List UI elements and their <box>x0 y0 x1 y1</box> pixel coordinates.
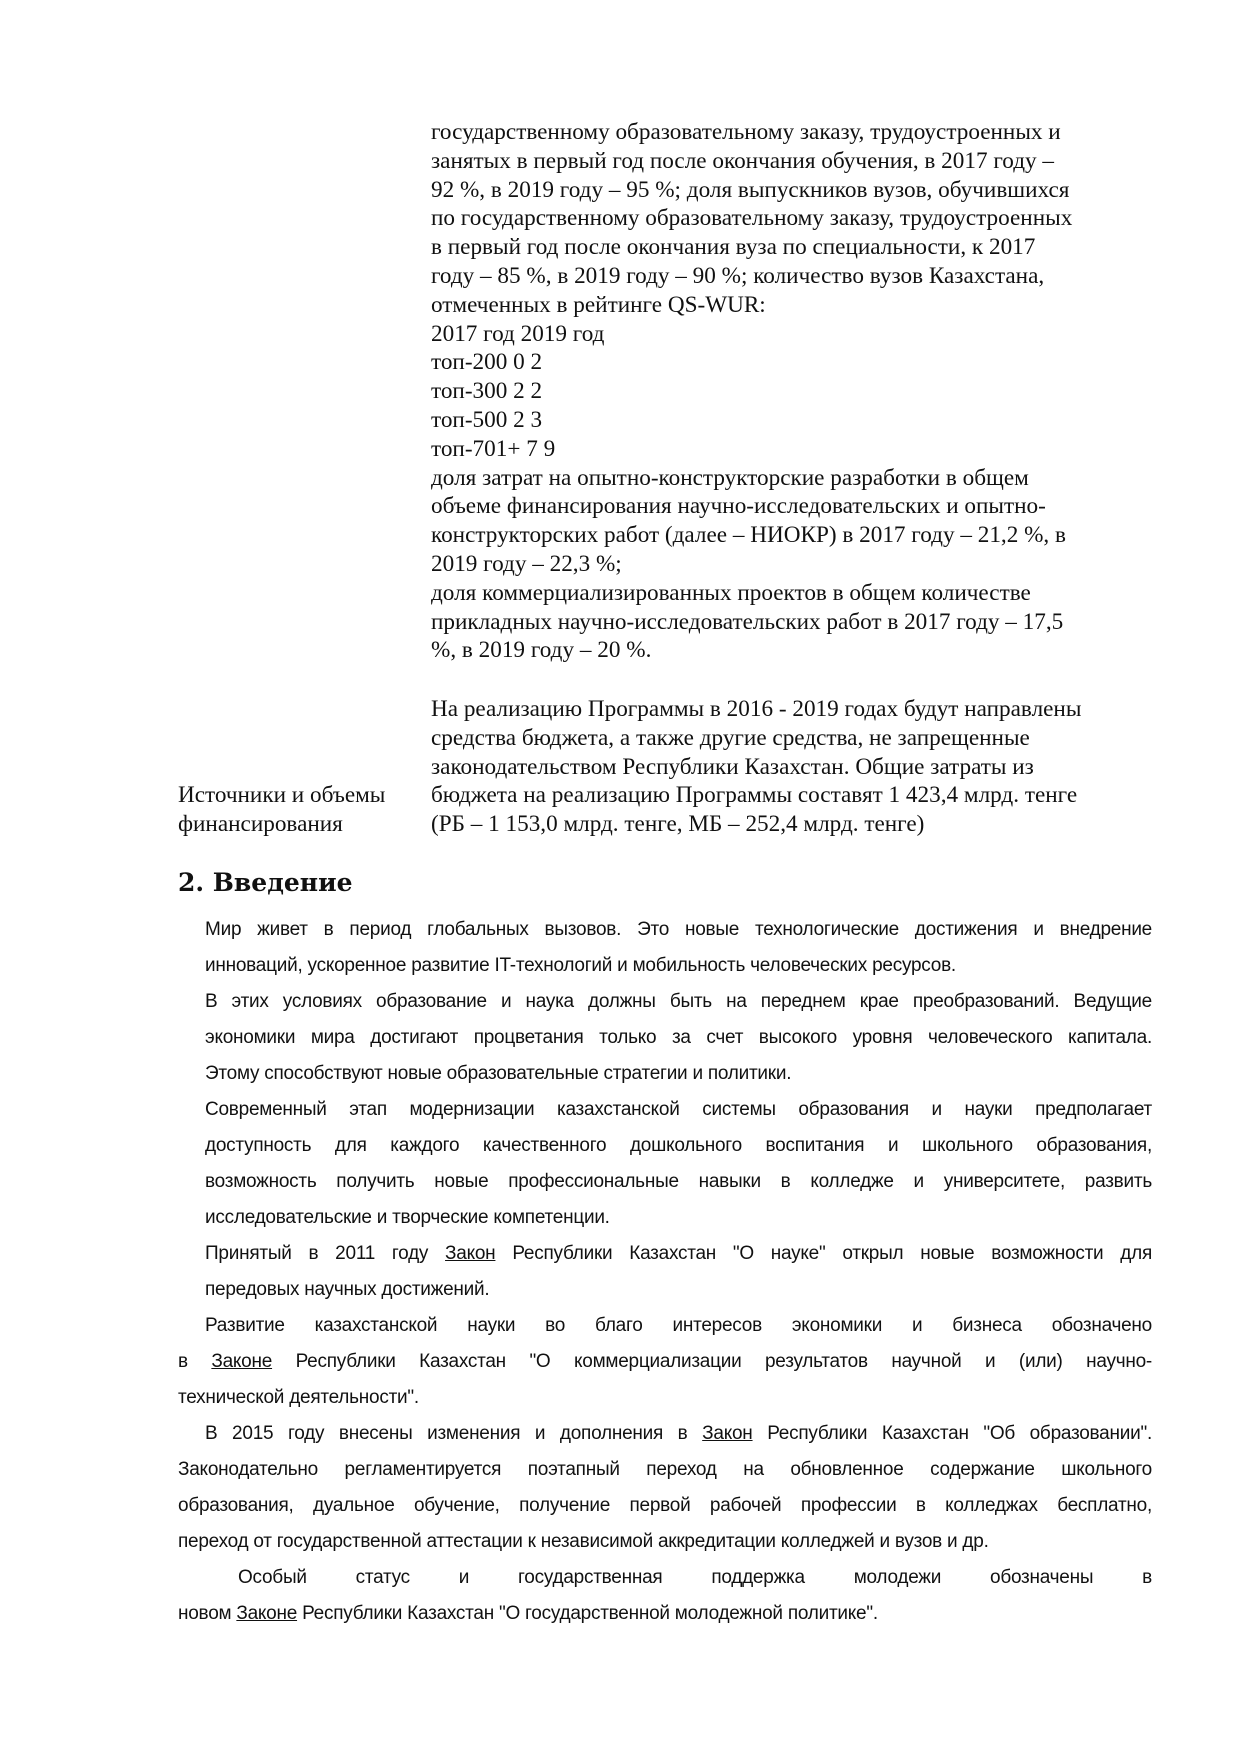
indicator-line: занятых в первый год после окончания обу… <box>431 147 1151 176</box>
text-run: новом <box>178 1603 236 1624</box>
paragraph-line: В этих условиях образование и наука долж… <box>178 984 1152 1020</box>
text-run: Республики Казахстан "О науке" открыл но… <box>495 1243 1152 1264</box>
funding-label-line: Источники и объемы <box>178 781 385 810</box>
paragraph-line: Развитие казахстанской науки во благо ин… <box>178 1308 1152 1344</box>
indicator-line: доля затрат на опытно-конструкторские ра… <box>431 464 1151 493</box>
indicator-line: конструкторских работ (далее – НИОКР) в … <box>431 521 1151 550</box>
paragraph-line: образования, дуальное обучение, получени… <box>178 1488 1152 1524</box>
indicator-line: объеме финансирования научно-исследовате… <box>431 492 1151 521</box>
qs-wur-row-top701: топ-701+ 7 9 <box>431 435 1151 464</box>
paragraph: В этих условиях образование и наука долж… <box>178 984 1152 1092</box>
paragraph-line: Особый статус и государственная поддержк… <box>178 1560 1152 1596</box>
text-run: в <box>178 1351 211 1372</box>
indicator-line: %, в 2019 году – 20 %. <box>431 636 1151 665</box>
text-run: Республики Казахстан "О государственной … <box>297 1603 878 1624</box>
section-title: 2. Введение <box>178 868 353 898</box>
paragraph-line: переход от государственной аттестации к … <box>178 1524 1152 1560</box>
paragraph-line: экономики мира достигают процветания тол… <box>178 1020 1152 1056</box>
indicator-line: доля коммерциализированных проектов в об… <box>431 579 1151 608</box>
paragraph-line: Этому способствуют новые образовательные… <box>178 1056 1152 1092</box>
indicator-line: прикладных научно-исследовательских рабо… <box>431 608 1151 637</box>
paragraph-line: инноваций, ускоренное развитие IT-технол… <box>178 948 1152 984</box>
qs-wur-row-top500: топ-500 2 3 <box>431 406 1151 435</box>
text-run: Принятый в 2011 году <box>205 1243 445 1264</box>
indicator-line: по государственному образовательному зак… <box>431 204 1151 233</box>
paragraph: Мир живет в период глобальных вызовов. Э… <box>178 912 1152 984</box>
paragraph-line: Принятый в 2011 году Закон Республики Ка… <box>178 1236 1152 1272</box>
funding-value-cell: На реализацию Программы в 2016 - 2019 го… <box>431 695 1151 839</box>
indicator-line: государственному образовательному заказу… <box>431 118 1151 147</box>
funding-line: законодательством Республики Казахстан. … <box>431 753 1151 782</box>
paragraph: Современный этап модернизации казахстанс… <box>178 1092 1152 1236</box>
qs-wur-header: 2017 год 2019 год <box>431 320 1151 349</box>
paragraph-line: возможность получить новые профессиональ… <box>178 1164 1152 1200</box>
law-link-youth-policy[interactable]: Законе <box>236 1603 297 1624</box>
introduction-body: Мир живет в период глобальных вызовов. Э… <box>178 912 1152 1632</box>
paragraph: Принятый в 2011 году Закон Республики Ка… <box>178 1236 1152 1308</box>
indicator-line: отмеченных в рейтинге QS-WUR: <box>431 291 1151 320</box>
indicator-line: в первый год после окончания вуза по спе… <box>431 233 1151 262</box>
indicator-line: году – 85 %, в 2019 году – 90 %; количес… <box>431 262 1151 291</box>
paragraph-line: Современный этап модернизации казахстанс… <box>178 1092 1152 1128</box>
text-run: В 2015 году внесены изменения и дополнен… <box>205 1423 702 1444</box>
funding-line: На реализацию Программы в 2016 - 2019 го… <box>431 695 1151 724</box>
paragraph-line: доступность для каждого качественного до… <box>178 1128 1152 1164</box>
paragraph-line: Мир живет в период глобальных вызовов. Э… <box>178 912 1152 948</box>
qs-wur-row-top300: топ-300 2 2 <box>431 377 1151 406</box>
paragraph: В 2015 году внесены изменения и дополнен… <box>178 1416 1152 1560</box>
paragraph: Особый статус и государственная поддержк… <box>178 1560 1152 1632</box>
law-link-science[interactable]: Закон <box>445 1243 495 1264</box>
target-indicators-cell: государственному образовательному заказу… <box>431 118 1151 665</box>
paragraph-line: в Законе Республики Казахстан "О коммерц… <box>178 1344 1152 1380</box>
paragraph-line: В 2015 году внесены изменения и дополнен… <box>178 1416 1152 1452</box>
text-run: Республики Казахстан "О коммерциализации… <box>272 1351 1152 1372</box>
paragraph-line: исследовательские и творческие компетенц… <box>178 1200 1152 1236</box>
paragraph-line: передовых научных достижений. <box>178 1272 1152 1308</box>
paragraph-line: новом Законе Республики Казахстан "О гос… <box>178 1596 1152 1632</box>
paragraph-line: технической деятельности". <box>178 1380 1152 1416</box>
funding-label-cell: Источники и объемы финансирования <box>178 781 385 839</box>
funding-label-line: финансирования <box>178 810 385 839</box>
indicator-line: 2019 году – 22,3 %; <box>431 550 1151 579</box>
text-run: Республики Казахстан "Об образовании". <box>753 1423 1152 1444</box>
qs-wur-row-top200: топ-200 0 2 <box>431 348 1151 377</box>
law-link-commercialization[interactable]: Законе <box>211 1351 272 1372</box>
funding-line: средства бюджета, а также другие средств… <box>431 724 1151 753</box>
funding-line: (РБ – 1 153,0 млрд. тенге, МБ – 252,4 мл… <box>431 810 1151 839</box>
funding-line: бюджета на реализацию Программы составят… <box>431 781 1151 810</box>
paragraph-line: Законодательно регламентируется поэтапны… <box>178 1452 1152 1488</box>
indicator-line: 92 %, в 2019 году – 95 %; доля выпускник… <box>431 176 1151 205</box>
paragraph: Развитие казахстанской науки во благо ин… <box>178 1308 1152 1416</box>
law-link-education[interactable]: Закон <box>702 1423 752 1444</box>
document-page: государственному образовательному заказу… <box>0 0 1240 1754</box>
